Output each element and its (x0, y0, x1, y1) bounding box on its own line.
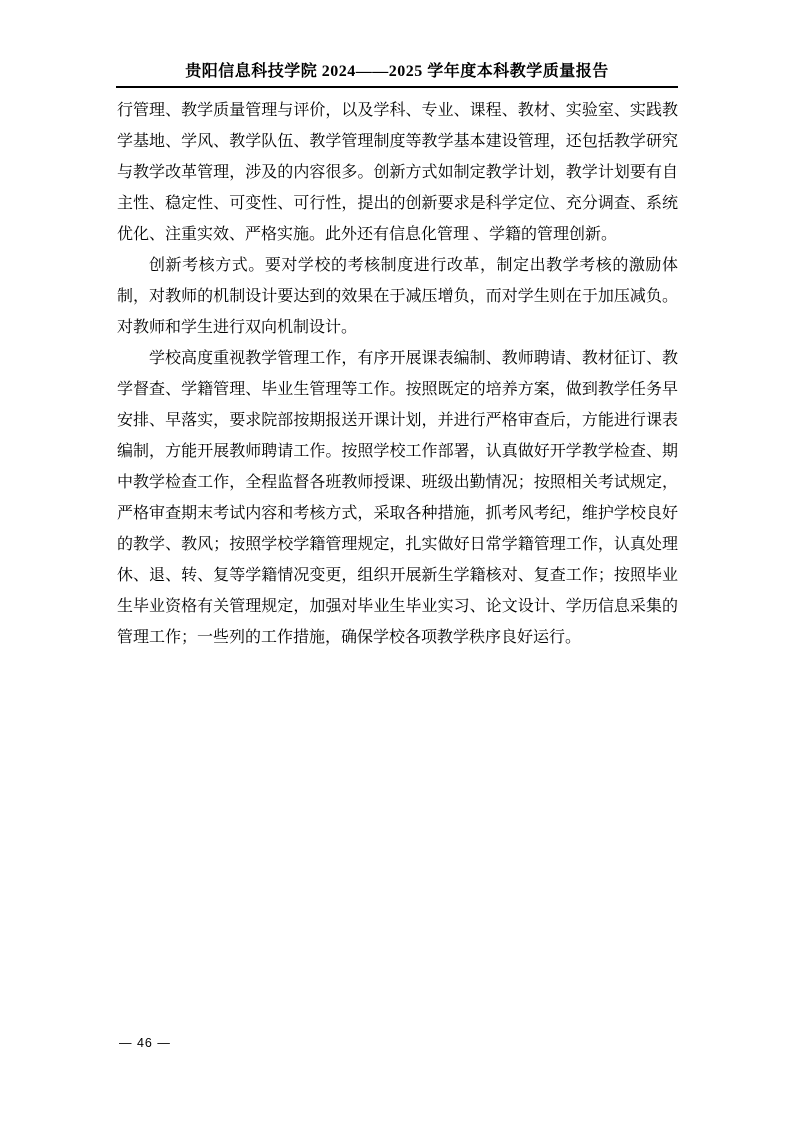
page-header-title: 贵阳信息科技学院 2024——2025 学年度本科教学质量报告 (116, 58, 678, 88)
body-paragraph: 学校高度重视教学管理工作，有序开展课表编制、教师聘请、教材征订、教学督查、学籍管… (117, 343, 678, 653)
page-number: — 46 — (119, 1036, 171, 1050)
body-paragraph: 行管理、教学质量管理与评价，以及学科、专业、课程、教材、实验室、实践教学基地、学… (117, 95, 678, 250)
body-paragraph: 创新考核方式。要对学校的考核制度进行改革，制定出教学考核的激励体制，对教师的机制… (117, 250, 678, 343)
document-body: 行管理、教学质量管理与评价，以及学科、专业、课程、教材、实验室、实践教学基地、学… (117, 95, 678, 653)
document-page: 贵阳信息科技学院 2024——2025 学年度本科教学质量报告 行管理、教学质量… (0, 0, 793, 1122)
